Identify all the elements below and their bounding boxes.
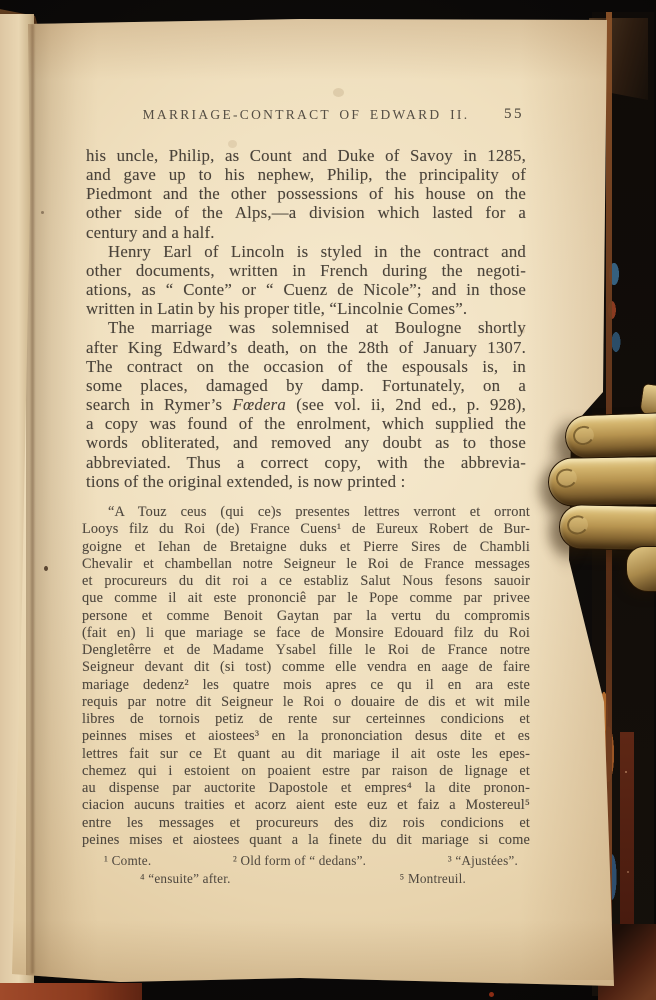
text-line: requis par notre dit Seigneur le Roi o d… [82, 694, 530, 711]
text-line: goigne et Iehan de Bretaigne duks et Pie… [82, 539, 530, 556]
text-line: Henry Earl of Lincoln is styled in the c… [86, 242, 526, 261]
fingernail [554, 467, 579, 490]
cover-speck [489, 992, 494, 997]
text-line: (fait en) li que mariage se face de Mons… [82, 625, 530, 642]
text-line: The contract on the occasion of the espo… [86, 357, 526, 376]
text-line: tions of the original extended, is now p… [86, 472, 526, 491]
text-line: other side of the Alps,—a division which… [86, 203, 526, 222]
header-title: MARRIAGE-CONTRACT OF EDWARD II. [86, 107, 526, 123]
paper-speck [41, 211, 44, 214]
text-line: au dispense par auctorite Dapostole et e… [82, 780, 530, 797]
text-line: Chevalir et chambellan notre Seigneur le… [82, 556, 530, 573]
text-line: persone et comme Benoit Gaytan par la ve… [82, 608, 530, 625]
footnote: ⁴ “ensuite” after. [140, 870, 231, 888]
text-line: ciacion aucuns traities et acorz aient e… [82, 797, 530, 814]
text-line: “A Touz ceus (qui ce)s presentes lettres… [82, 504, 530, 521]
page-top-shade [0, 18, 656, 80]
text-line: The marriage was solemnised at Boulogne … [86, 318, 526, 337]
text-line: chemez qui i estoient on poaient estre p… [82, 763, 530, 780]
text-line: mariage dedenz² les quatre mois apres ce… [82, 677, 530, 694]
paper-speck [333, 88, 344, 97]
text-line: Dengletêrre et de Madame Ysabel fille le… [82, 642, 530, 659]
page-bottom-shade [0, 920, 656, 986]
text-line: words obliterated, and removed any doubt… [86, 433, 526, 452]
footnote: ¹ Comte. [104, 852, 151, 870]
text-line-segment: search in Rymer’s [86, 395, 233, 414]
bottom-cover-strip [0, 983, 142, 1000]
footnote: ² Old form of “ dedans”. [233, 852, 366, 870]
contract-quote-block: “A Touz ceus (qui ce)s presentes lettres… [82, 504, 530, 849]
text-line: entre les messages et procureurs des diz… [82, 815, 530, 832]
text-line: and gave up to his nephew, Philip, the p… [86, 165, 526, 184]
text-line: after King Edward’s death, on the 28th o… [86, 338, 526, 357]
text-line: his uncle, Philip, as Count and Duke of … [86, 146, 526, 165]
footnote: ³ “Ajustées”. [448, 852, 518, 870]
brass-finger-middle [548, 456, 656, 507]
text-line: libres de tornois petiz de rente sur cer… [82, 711, 530, 728]
footnote-row: ⁴ “ensuite” after. ⁵ Montreuil. [82, 870, 530, 888]
page-number: 55 [504, 106, 524, 123]
brass-finger-bottom [559, 504, 656, 551]
fingernail [565, 514, 589, 537]
main-text-block: his uncle, Philip, as Count and Duke of … [86, 146, 526, 491]
text-line: lettres fait sur ce Et quant au dit mari… [82, 746, 530, 763]
fingernail [571, 424, 596, 448]
italic-word: Fœdera [233, 395, 286, 414]
text-line: a copy was found of the enrolment, which… [86, 414, 526, 433]
text-line: other documents, written in French durin… [86, 261, 526, 280]
text-line: some places, damaged by damp. Fortunatel… [86, 376, 526, 395]
footnote-row: ¹ Comte. ² Old form of “ dedans”. ³ “Aju… [82, 852, 530, 870]
text-line: century and a half. [86, 223, 526, 242]
text-line: search in Rymer’s Fœdera (see vol. ii, 2… [86, 395, 526, 414]
text-line: peines mises et aiostees quant a la fine… [82, 832, 530, 849]
text-line-segment: (see vol. ii, 2nd ed., p. 928), [286, 395, 526, 414]
brass-finger-top [564, 412, 656, 459]
text-line: abbreviated. Thus a correct copy, with t… [86, 453, 526, 472]
text-line: Looys filz du Roi (de) France Cuens¹ de … [82, 521, 530, 538]
footnotes: ¹ Comte. ² Old form of “ dedans”. ³ “Aju… [82, 852, 530, 888]
text-line: ations, as “ Conte” or “ Cuenz de Nicole… [86, 280, 526, 299]
running-header: MARRIAGE-CONTRACT OF EDWARD II. 55 [86, 107, 526, 129]
text-line: peinnes mises et aiostees³ en la prononc… [82, 728, 530, 745]
paper-speck [44, 566, 48, 571]
text-line: et procureurs du dit roi a ce establiz S… [82, 573, 530, 590]
page-crease [31, 24, 34, 974]
footnote: ⁵ Montreuil. [400, 870, 466, 888]
photo-stage: MARRIAGE-CONTRACT OF EDWARD II. 55 his u… [0, 0, 656, 1000]
text-line: que comme il ait este prononciê par le P… [82, 590, 530, 607]
text-line: written in Latin by his proper title, “L… [86, 299, 526, 318]
text-line: Seigneur devant dit (si tost) comme elle… [82, 659, 530, 676]
text-line: Piedmont and the other possessions of hi… [86, 184, 526, 203]
